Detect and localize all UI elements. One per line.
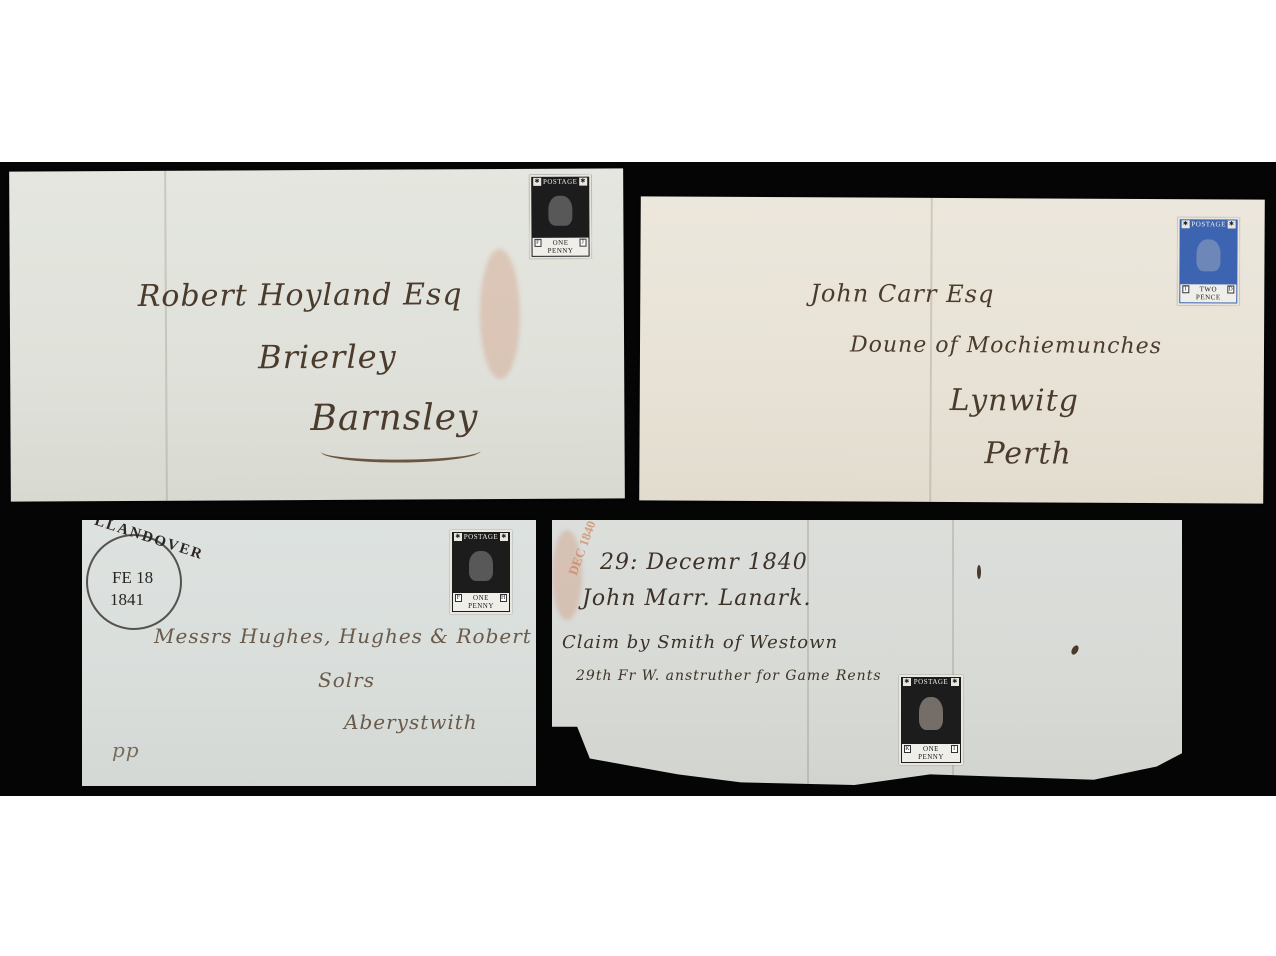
address-line: Doune of Mochiemunches	[850, 332, 1162, 359]
stamp-corner-letter: ✱	[579, 178, 587, 186]
stamp-bottom-text: ONE PENNY	[542, 239, 580, 255]
stamp-corner-letter: ✱	[1228, 220, 1236, 228]
stamp-corner-letter: ✱	[903, 678, 911, 686]
stamp-penny-black: ✱POSTAGE✱ KONE PENNYI	[899, 675, 963, 765]
stamp-corner-letter: K	[904, 745, 911, 753]
address-line: Perth	[984, 436, 1071, 471]
cover-top-left: ✱POSTAGE✱ FONE PENNYJ Robert Hoyland Esq…	[9, 168, 625, 501]
docket-line: John Marr. Lanark.	[582, 586, 812, 611]
stamp-top-text: POSTAGE	[464, 533, 498, 541]
address-line: Lynwitg	[950, 383, 1079, 419]
address-line: Messrs Hughes, Hughes & Robert	[154, 624, 532, 648]
stamp-corner-letter: ✱	[533, 178, 541, 186]
stamp-corner-letter: F	[534, 239, 541, 247]
stamp-penny-black: ✱POSTAGE✱ FONE PENNYH	[450, 530, 512, 614]
address-line: Robert Hoyland Esq	[138, 277, 463, 314]
ink-spot	[1070, 644, 1080, 656]
cover-bottom-left: LLANDOVER FE 18 1841 ✱POSTAGE✱ FONE PENN…	[82, 520, 536, 786]
ink-spot	[977, 565, 981, 579]
address-line: John Carr Esq	[810, 279, 994, 308]
queen-portrait	[1179, 229, 1237, 284]
postmark-date: FE 18	[112, 568, 153, 588]
fold-line	[164, 171, 168, 501]
stamp-corner-letter: H	[500, 594, 507, 602]
docket-line: Claim by Smith of Westown	[562, 632, 838, 653]
stamp-corner-letter: ✱	[1182, 220, 1190, 228]
address-line: Barnsley	[310, 397, 478, 439]
queen-portrait	[452, 542, 510, 593]
stamp-bottom-text: ONE PENNY	[462, 594, 500, 610]
stamp-twopenny-blue: ✱POSTAGE✱ TTWO PENCED	[1177, 217, 1239, 305]
stamp-corner-letter: D	[1227, 285, 1234, 293]
address-line: Aberystwith	[344, 710, 478, 734]
red-stain	[480, 249, 521, 379]
address-line: Solrs	[318, 668, 375, 692]
stamp-bottom-text: TWO PENCE	[1189, 285, 1227, 301]
stamp-corner-letter: F	[455, 594, 462, 602]
stamp-top-text: POSTAGE	[914, 678, 948, 686]
swash-flourish	[321, 439, 481, 463]
stamp-corner-letter: ✱	[500, 533, 508, 541]
cover-bottom-right: DEC 1840 29: Decemr 1840 John Marr. Lana…	[552, 520, 1182, 785]
stamp-top-text: POSTAGE	[1191, 220, 1225, 228]
queen-portrait	[901, 687, 961, 744]
address-line: Brierley	[258, 338, 397, 377]
postmark-year: 1841	[110, 590, 144, 610]
cover-top-right: ✱POSTAGE✱ TTWO PENCED John Carr Esq Doun…	[639, 196, 1265, 503]
docket-line: 29: Decemr 1840	[600, 550, 808, 575]
stamp-corner-letter: I	[951, 745, 958, 753]
stamp-corner-letter: J	[579, 239, 586, 247]
stamp-bottom-text: ONE PENNY	[911, 745, 950, 761]
queen-portrait	[531, 187, 589, 238]
corner-note: pp	[112, 738, 140, 762]
stamp-penny-black: ✱POSTAGE✱ FONE PENNYJ	[529, 175, 591, 259]
stamp-corner-letter: ✱	[951, 678, 959, 686]
stamp-top-text: POSTAGE	[543, 178, 577, 186]
stamp-corner-letter: ✱	[454, 533, 462, 541]
stamp-corner-letter: T	[1182, 285, 1189, 293]
docket-line: 29th Fr W. anstruther for Game Rents	[576, 668, 882, 684]
